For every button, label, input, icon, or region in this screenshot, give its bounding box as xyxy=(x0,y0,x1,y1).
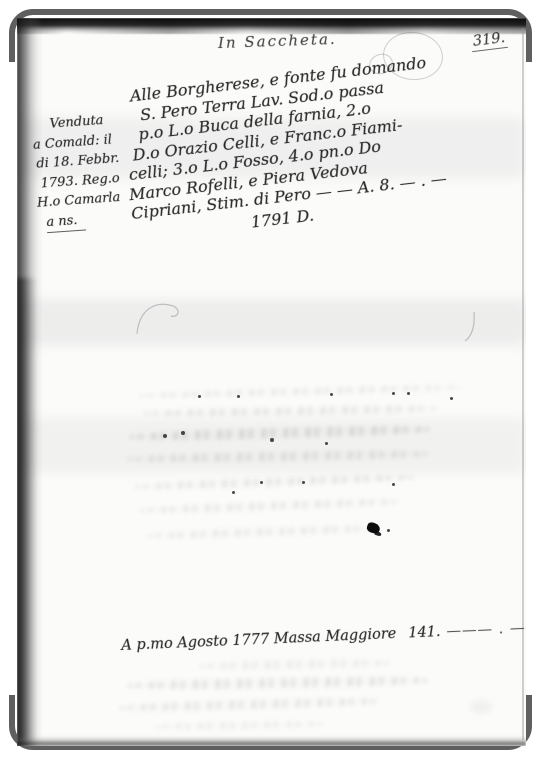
ink-speck xyxy=(330,393,333,396)
scan-streak xyxy=(17,300,526,345)
faded-text-line xyxy=(128,675,428,690)
ink-speck xyxy=(198,395,201,398)
scan-streak xyxy=(17,418,526,473)
faded-text-line xyxy=(135,473,415,491)
page-bottom-dark-edge xyxy=(17,736,526,746)
faded-text-line xyxy=(200,658,390,670)
margin-note-line: a ns. xyxy=(46,210,86,233)
ink-speck xyxy=(181,431,185,435)
faded-text-line xyxy=(140,384,460,399)
footer-entry: A p.mo Agosto 1777 Massa Maggiore 141. —… xyxy=(121,620,526,654)
page-title: In Saccheta. xyxy=(218,30,337,52)
ink-blot xyxy=(366,521,381,535)
footer-entry-label: A p.mo Agosto 1777 Massa Maggiore xyxy=(121,626,397,654)
manuscript-page: In Saccheta. 319. Venduta a Comald: il d… xyxy=(17,18,526,746)
pen-curl-mark xyxy=(133,298,187,340)
ink-speck xyxy=(270,438,274,442)
pen-j-mark xyxy=(462,310,478,344)
flourish-dash xyxy=(402,626,403,642)
faded-text-line xyxy=(140,497,400,514)
ink-speck xyxy=(260,481,263,484)
frame-gap-left xyxy=(0,62,17,695)
ink-speck xyxy=(392,483,395,486)
faded-text-line xyxy=(145,404,435,417)
page-left-shadow xyxy=(17,278,37,746)
entry-text-block: Alle Borgherese, e fonte fu domando S. P… xyxy=(117,48,483,245)
footer-entry-dashes: ——— . ——— xyxy=(446,619,526,640)
page-number: 319. xyxy=(470,30,508,52)
ink-speck xyxy=(450,397,453,400)
ink-speck xyxy=(325,442,328,445)
ink-speck xyxy=(392,392,395,395)
faded-text-line xyxy=(155,721,325,731)
ink-speck xyxy=(237,395,240,398)
scanned-manuscript-viewer: In Saccheta. 319. Venduta a Comald: il d… xyxy=(0,0,541,760)
footer-entry-amount: 141. xyxy=(408,624,441,641)
faded-text-line xyxy=(120,697,380,713)
ink-speck xyxy=(302,481,305,484)
faded-text-line xyxy=(148,524,378,540)
faint-smudge xyxy=(470,700,492,714)
ink-speck xyxy=(387,529,390,532)
ink-speck xyxy=(407,392,410,395)
ink-speck xyxy=(163,434,167,438)
frame-gap-right xyxy=(524,62,541,695)
ink-speck xyxy=(232,491,235,494)
